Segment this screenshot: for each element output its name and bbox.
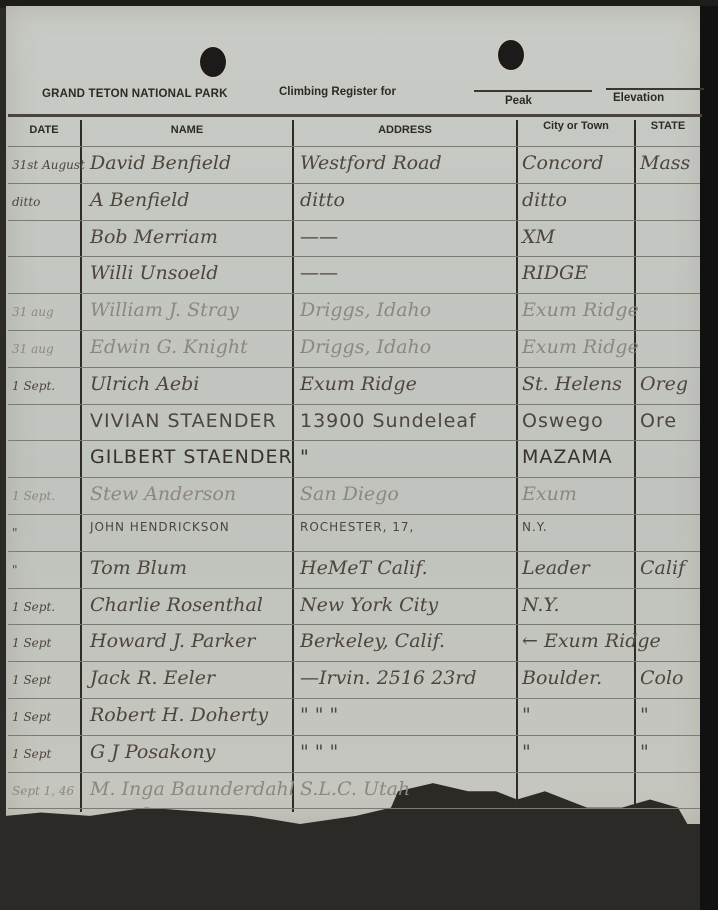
cell-city: Leader <box>522 557 590 579</box>
cell-name: David Benfield <box>90 152 231 174</box>
cell-name: A Benfield <box>90 189 189 211</box>
row-divider <box>8 514 700 515</box>
cell-city: RIDGE <box>522 262 588 284</box>
cell-date: 1 Sept. <box>12 489 55 503</box>
row-divider <box>8 624 700 625</box>
cell-address: HeMeT Calif. <box>300 557 428 579</box>
peak-blank-line <box>474 90 592 92</box>
row-divider <box>8 293 700 294</box>
cell-address: Driggs, Idaho <box>300 299 431 321</box>
row-divider <box>8 404 700 405</box>
cell-name: William J. Stray <box>90 299 239 321</box>
row-divider <box>8 256 700 257</box>
cell-name: Charlie Rosenthal <box>90 594 263 616</box>
cell-address: Westford Road <box>300 152 442 174</box>
cell-address: New York City <box>300 594 438 616</box>
row-divider <box>8 183 700 184</box>
cell-date: Sept 1, 46 <box>12 784 74 798</box>
cell-state: Ore <box>640 410 677 432</box>
column-divider <box>634 120 636 812</box>
row-divider <box>8 698 700 699</box>
cell-city: " <box>522 704 531 726</box>
column-header-name: NAME <box>82 124 292 136</box>
row-divider <box>8 220 700 221</box>
row-divider <box>8 146 700 147</box>
cell-name: Ulrich Aebi <box>90 373 199 395</box>
row-divider <box>8 440 700 441</box>
cell-name: M. Inga Baunderdahl <box>90 778 290 800</box>
cell-date: ditto <box>12 195 40 209</box>
cell-city: Oswego <box>522 410 604 432</box>
cell-state: Colo <box>640 667 684 689</box>
cell-name: Jack R. Eeler <box>90 667 215 689</box>
cell-name: Robert H. Doherty <box>90 704 268 726</box>
cell-city: ← Exum Ridge <box>522 630 632 652</box>
punch-hole-left <box>200 47 226 77</box>
row-divider <box>8 808 700 809</box>
cell-city: ditto <box>522 189 567 211</box>
elevation-label: Elevation <box>613 92 664 104</box>
cell-address: Driggs, Idaho <box>300 336 431 358</box>
cell-address: 13900 Sundeleaf <box>300 410 477 432</box>
column-header-date: DATE <box>8 124 80 136</box>
cell-name: VIVIAN STAENDER <box>90 410 277 432</box>
column-divider <box>516 120 518 812</box>
cell-date: 1 Sept. <box>12 600 55 614</box>
row-divider <box>8 551 700 552</box>
cell-city: Exum Ridge <box>522 336 632 358</box>
cell-state: Mass <box>640 152 690 174</box>
cell-address: —Irvin. 2516 23rd <box>300 667 477 689</box>
cell-date: 1 Sept <box>12 673 51 687</box>
cell-name: Tom Blum <box>90 557 187 579</box>
header-rule <box>8 114 702 117</box>
column-divider <box>80 120 82 812</box>
cell-name: GILBERT STAENDER <box>90 446 290 468</box>
cell-address: Exum Ridge <box>300 373 417 395</box>
cell-state: " <box>640 741 649 763</box>
cell-city: N.Y. <box>522 520 548 534</box>
cell-date: " <box>12 563 18 577</box>
cell-city: " <box>522 741 531 763</box>
cell-address: " <box>300 446 310 468</box>
row-divider <box>8 588 700 589</box>
cell-date: 1 Sept <box>12 747 51 761</box>
elevation-blank-line <box>606 88 704 90</box>
row-divider <box>8 661 700 662</box>
cell-address: Berkeley, Calif. <box>300 630 445 652</box>
cell-state: " <box>640 704 649 726</box>
column-header-city: City or Town <box>518 120 634 132</box>
column-header-state: STATE <box>636 120 700 132</box>
row-divider <box>8 735 700 736</box>
cell-city: MAZAMA <box>522 446 613 468</box>
cell-name: JOHN HENDRICKSON <box>90 520 230 534</box>
cell-date: 1 Sept. <box>12 379 55 393</box>
cell-name: G J Posakony <box>90 741 215 763</box>
cell-address: S.L.C. Utah <box>300 778 410 800</box>
cell-city: XM <box>522 226 555 248</box>
cell-date: 31 aug <box>12 305 54 319</box>
cell-city: Exum Ridge <box>522 299 632 321</box>
row-divider <box>8 477 700 478</box>
cell-state: Oreg <box>640 373 688 395</box>
cell-address: —— <box>300 226 338 248</box>
cell-name: Edwin G. Knight <box>90 336 248 358</box>
cell-date: " <box>12 526 18 540</box>
cell-date: 1 Sept <box>12 636 51 650</box>
cell-address: ROCHESTER, 17, <box>300 520 414 534</box>
cell-address: —— <box>300 262 338 284</box>
cell-date: 31st August <box>12 158 78 172</box>
cell-city: Concord <box>522 152 604 174</box>
cell-address: ditto <box>300 189 345 211</box>
background-right <box>700 6 718 910</box>
cell-city: Exum <box>522 483 577 505</box>
row-divider <box>8 772 700 773</box>
park-name: GRAND TETON NATIONAL PARK <box>42 88 228 100</box>
cell-city: Boulder. <box>522 667 602 689</box>
peak-label: Peak <box>505 95 532 107</box>
cell-address: San Diego <box>300 483 399 505</box>
column-header-address: ADDRESS <box>294 124 516 136</box>
cell-city: St. Helens <box>522 373 622 395</box>
cell-address: " " " <box>300 704 338 726</box>
row-divider <box>8 330 700 331</box>
cell-state: Calif <box>640 557 685 579</box>
row-divider <box>8 367 700 368</box>
cell-name: Howard J. Parker <box>90 630 255 652</box>
punch-hole-right <box>498 40 524 70</box>
cell-date: 31 aug <box>12 342 54 356</box>
cell-name: Willi Unsoeld <box>90 262 218 284</box>
cell-name: Stew Anderson <box>90 483 236 505</box>
cell-date: 1 Sept <box>12 710 51 724</box>
cell-city: N.Y. <box>522 594 560 616</box>
register-label: Climbing Register for <box>279 86 396 98</box>
cell-name: Bob Merriam <box>90 226 218 248</box>
cell-address: " " " <box>300 741 338 763</box>
